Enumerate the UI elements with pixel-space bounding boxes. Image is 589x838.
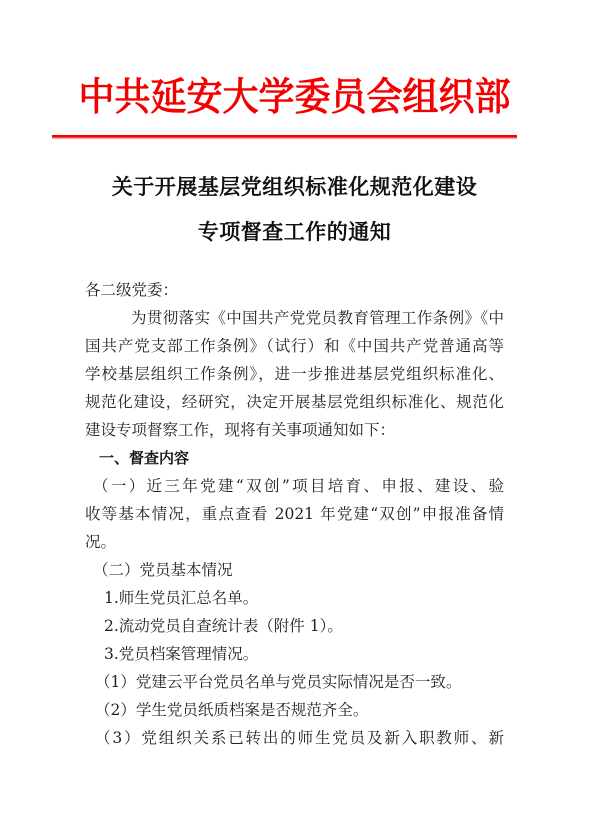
document-title-line-2: 专项督查工作的通知 — [0, 209, 589, 254]
body-line: （二）党员基本情况 — [85, 556, 504, 584]
body-line: 学校基层组织工作条例》，进一步推进基层党组织标准化、 — [85, 360, 504, 388]
body-line: （2）学生党员纸质档案是否规范齐全。 — [85, 696, 504, 724]
body-line: 各二级党委： — [85, 276, 504, 304]
body-line: 收等基本情况，重点查看 2021 年党建“双创”申报准备情 — [85, 500, 504, 528]
letterhead-org-name: 中共延安大学委员会组织部 — [0, 72, 589, 123]
body-line: 为贯彻落实《中国共产党党员教育管理工作条例》《中 — [85, 304, 504, 332]
document-title: 关于开展基层党组织标准化规范化建设 专项督查工作的通知 — [0, 164, 589, 254]
body-line: 一、督查内容 — [85, 444, 504, 472]
body-line: 1.师生党员汇总名单。 — [85, 584, 504, 612]
letterhead-divider-line — [52, 135, 517, 139]
body-line: （一）近三年党建“双创”项目培育、申报、建设、验 — [85, 472, 504, 500]
document-title-line-1: 关于开展基层党组织标准化规范化建设 — [0, 164, 589, 209]
document-page: 中共延安大学委员会组织部 关于开展基层党组织标准化规范化建设 专项督查工作的通知… — [0, 0, 589, 838]
body-line: 建设专项督察工作，现将有关事项通知如下： — [85, 416, 504, 444]
body-line: （1）党建云平台党员名单与党员实际情况是否一致。 — [85, 668, 504, 696]
body-line: 国共产党支部工作条例》（试行）和《中国共产党普通高等 — [85, 332, 504, 360]
body-line: 2.流动党员自查统计表（附件 1）。 — [85, 612, 504, 640]
body-line: （3）党组织关系已转出的师生党员及新入职教师、新 — [85, 724, 504, 752]
body-line: 况。 — [85, 528, 504, 556]
body-line: 3.党员档案管理情况。 — [85, 640, 504, 668]
document-body: 各二级党委：为贯彻落实《中国共产党党员教育管理工作条例》《中国共产党支部工作条例… — [85, 276, 504, 752]
body-line: 规范化建设，经研究，决定开展基层党组织标准化、规范化 — [85, 388, 504, 416]
